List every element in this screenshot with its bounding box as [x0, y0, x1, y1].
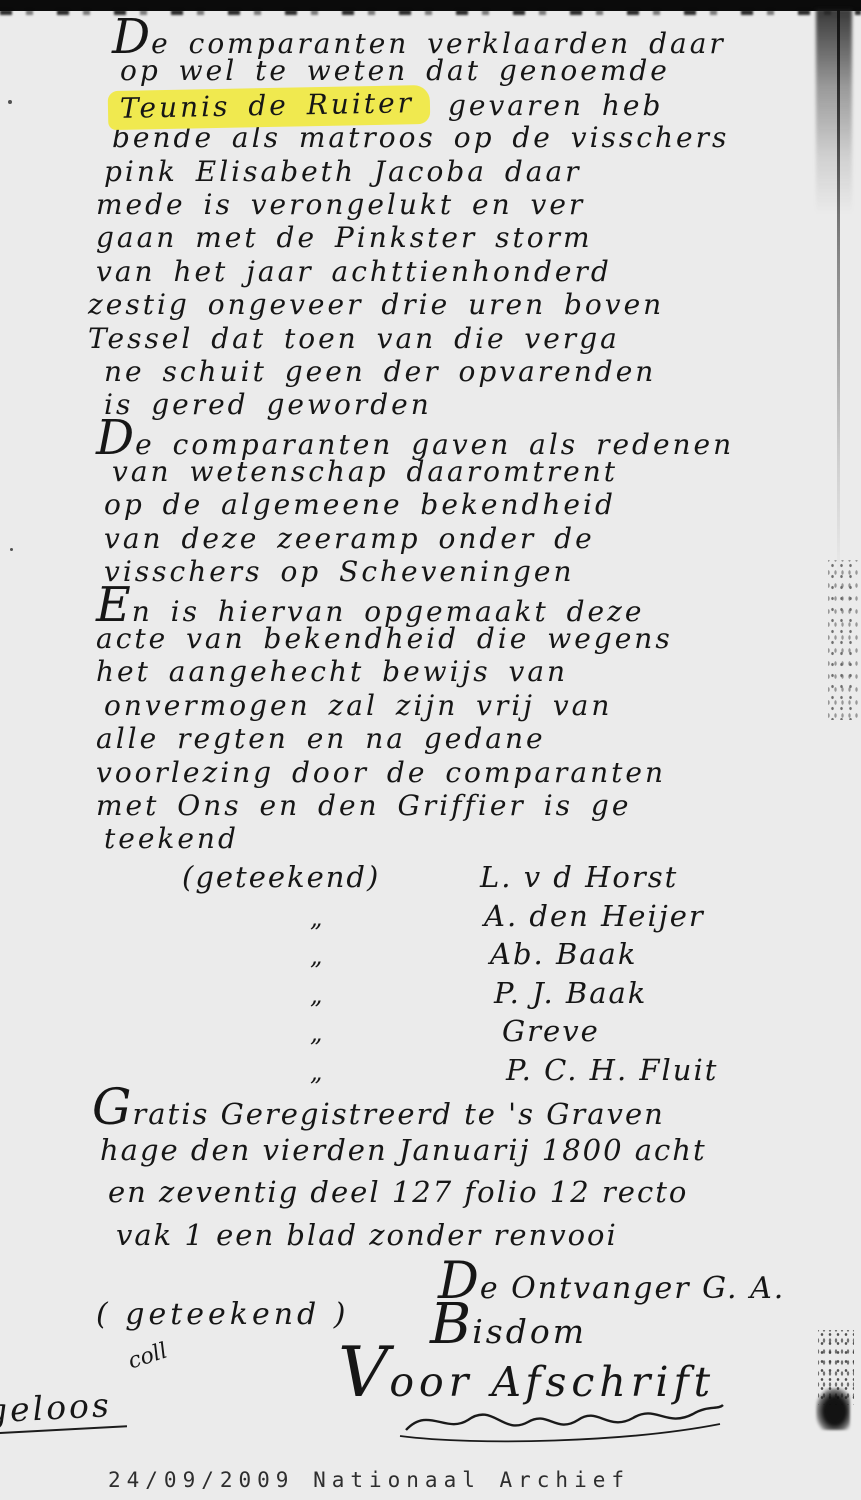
act-line-rest: gevaren heb — [430, 89, 663, 122]
registration-line: vak 1 een blad zonder renvooi — [116, 1214, 707, 1257]
scan-artifact-dot — [8, 100, 12, 104]
act-line: van het jaar achttienhonderd — [96, 255, 796, 288]
scan-artifact-right-line — [837, 10, 840, 580]
act-line: De comparanten verklaarden daar — [112, 21, 796, 54]
registration-line: hage den vierden Januarij 1800 acht — [100, 1129, 707, 1172]
signature-name: L. v d Horst — [480, 860, 678, 894]
act-line: op de algemeene bekendheid — [104, 488, 796, 521]
scan-artifact-speckles-mid — [828, 560, 858, 720]
act-line: het aangehecht bewijs van — [96, 655, 796, 688]
ditto-mark: „ — [170, 981, 480, 1009]
act-line: met Ons en den Griffier is ge — [96, 789, 796, 822]
signature-name: P. J. Baak — [494, 976, 647, 1010]
act-line: visschers op Scheveningen — [104, 555, 796, 588]
scan-credit-footer: 24/09/2009 Nationaal Archief — [108, 1468, 630, 1492]
signature-row: „ A. den Heijer — [170, 899, 810, 938]
ditto-mark: „ — [170, 1019, 480, 1047]
signatures-block: (geteekend) L. v d Horst „ A. den Heijer… — [170, 860, 810, 1091]
ditto-mark: „ — [170, 904, 480, 932]
signature-name: Ab. Baak — [490, 937, 637, 971]
scan-artifact-dot — [10, 548, 13, 551]
signature-name: Greve — [502, 1014, 600, 1048]
highlighted-name: Teunis de Ruiter — [108, 85, 431, 131]
signature-row: „ Greve — [170, 1014, 810, 1053]
collation-mark: coll — [125, 1338, 170, 1374]
scan-artifact-ink-blob — [816, 1388, 850, 1430]
signed-label: (geteekend) — [170, 860, 480, 894]
ditto-mark: „ — [170, 1058, 480, 1086]
act-line: is gered geworden — [104, 388, 796, 421]
scan-artifact-right-smudge — [816, 9, 852, 214]
act-line: pink Elisabeth Jacoba daar — [104, 155, 796, 188]
partial-margin-word: geloos — [0, 1384, 127, 1434]
act-line: van deze zeeramp onder de — [104, 522, 796, 555]
act-line: En is hiervan opgemaakt deze — [96, 589, 796, 622]
signature-row: „ P. J. Baak — [170, 976, 810, 1015]
registration-line: en zeventig deel 127 folio 12 recto — [108, 1171, 707, 1214]
act-body-text: De comparanten verklaarden daar op wel t… — [96, 21, 796, 856]
act-line: mede is verongelukt en ver — [96, 188, 796, 221]
griffier-signature-flourish — [398, 1388, 728, 1446]
signature-name: P. C. H. Fluit — [506, 1053, 718, 1087]
act-line: ne schuit geen der opvarenden — [104, 355, 796, 388]
act-line: gaan met de Pinkster storm — [96, 221, 796, 254]
scanned-document-page: De comparanten verklaarden daar op wel t… — [0, 0, 861, 1500]
act-line: De comparanten gaven als redenen — [96, 422, 796, 455]
act-line: teekend — [104, 822, 796, 855]
act-line: alle regten en na gedane — [96, 722, 796, 755]
act-line: acte van bekendheid die wegens — [96, 622, 796, 655]
act-line-highlighted: Teunis de Ruiter gevaren heb — [120, 88, 796, 121]
act-line: Tessel dat toen van die verga — [88, 322, 796, 355]
act-line: voorlezing door de comparanten — [96, 756, 796, 789]
registration-line: Gratis Geregistreerd te 's Graven — [92, 1086, 707, 1129]
signature-name: A. den Heijer — [484, 899, 705, 933]
registration-note: Gratis Geregistreerd te 's Graven hage d… — [92, 1086, 707, 1256]
signature-row: (geteekend) L. v d Horst — [170, 860, 810, 899]
signed-label: ( geteekend ) — [96, 1297, 349, 1332]
signature-row: „ Ab. Baak — [170, 937, 810, 976]
act-line: zestig ongeveer drie uren boven — [88, 288, 796, 321]
act-line: onvermogen zal zijn vrij van — [104, 689, 796, 722]
ditto-mark: „ — [170, 942, 480, 970]
